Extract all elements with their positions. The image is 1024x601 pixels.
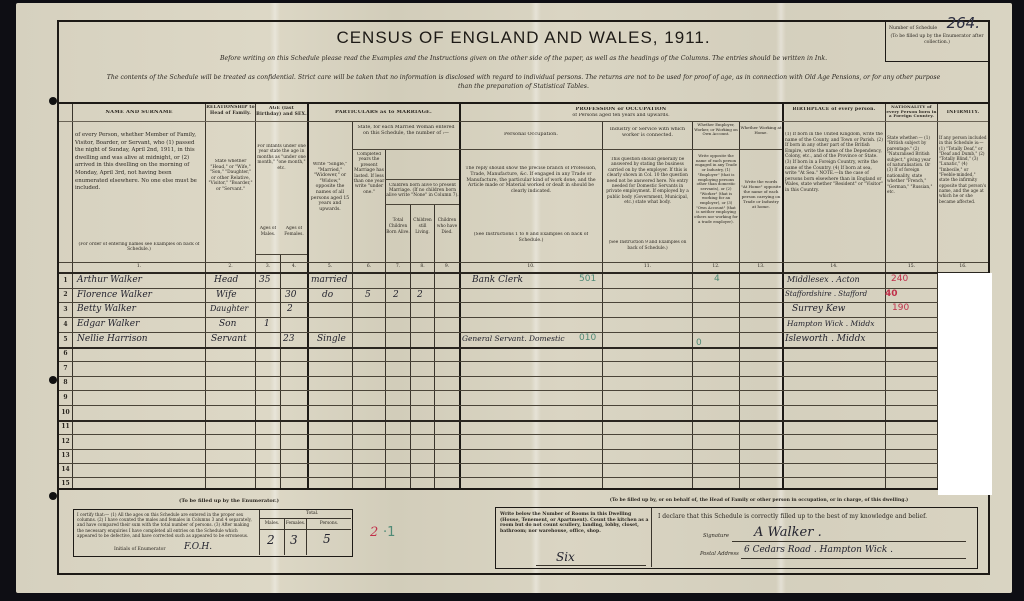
col-relationship-instructions: State whether "Head," or "Wife," "Son," … <box>207 159 254 193</box>
col-age-heading: AGE (last Birthday) and SEX. <box>256 106 307 118</box>
row-number: 15 <box>59 480 72 487</box>
row-number: 9 <box>59 394 72 401</box>
entry-relationship[interactable]: Wife <box>216 290 237 300</box>
head-of-family-box: Write below the Number of Rooms in this … <box>495 507 978 569</box>
entry-employer-code: 0 <box>696 338 702 348</box>
col-infirmity-instructions: If any person included in this Schedule … <box>939 135 987 204</box>
row-number: 2 <box>59 291 72 298</box>
postal-address-label: Postal Address <box>700 551 739 557</box>
number-of-rooms[interactable]: Six <box>556 550 575 564</box>
entry-occupation[interactable]: General Servant. Domestic <box>462 334 565 343</box>
row-number: 10 <box>59 409 72 416</box>
col-infirmity-heading: INFIRMITY. <box>938 110 988 116</box>
entry-age-female[interactable]: 23 <box>283 334 294 344</box>
total-males[interactable]: 2 <box>267 533 275 547</box>
enumerator-certification: I certify that:— (1) All the ages on thi… <box>77 512 255 538</box>
total-persons[interactable]: 5 <box>323 532 331 546</box>
rooms-instruction: Write below the Number of Rooms in this … <box>500 512 650 534</box>
col-relationship-heading: RELATIONSHIP to Head of Family. <box>206 105 255 117</box>
total-label: Total. <box>306 511 318 516</box>
enumerator-heading: (To be filled up by the Enumerator.) <box>99 498 359 504</box>
entry-occupation-code: 010 <box>579 333 596 343</box>
col-birthplace-instructions: (1) If born in the United Kingdom, write… <box>785 132 883 194</box>
schedule-number-box: Number of Schedule (To be filled up by t… <box>885 22 988 62</box>
row-number: 12 <box>59 438 72 445</box>
signature[interactable]: A Walker . <box>754 525 822 540</box>
col-nationality-instructions: State whether:— (1) "British subject by … <box>887 135 936 194</box>
col-personal-occupation-instructions: The reply should show the precise branch… <box>462 166 600 195</box>
col-home-instructions: Write the words "At Home" opposite the n… <box>741 179 781 209</box>
row-number: 8 <box>59 379 72 386</box>
entry-birthplace-code: 240 <box>891 274 908 284</box>
enumerator-annotation-green: ·1 <box>383 525 395 540</box>
enumerator-initials[interactable]: F.O.H. <box>184 542 212 552</box>
entry-age-male[interactable]: 35 <box>259 275 270 285</box>
signature-label: Signature <box>703 533 729 539</box>
schedule-number[interactable]: 264. <box>947 20 980 26</box>
row-number: 11 <box>59 423 72 430</box>
enumerator-annotation-red: 2 <box>370 525 378 540</box>
census-table: NAME AND SURNAME of every Person, whethe… <box>59 102 988 490</box>
entry-relationship[interactable]: Daughter <box>210 304 248 313</box>
head-of-family-heading: (To be filled up by, or on behalf of, th… <box>529 498 989 503</box>
col-children-total: Total Children Born Alive. <box>386 217 410 234</box>
col-industry-instructions: This question should generally be answer… <box>605 157 690 206</box>
col-employer-instructions: Write opposite the name of each person e… <box>694 154 738 225</box>
row-number: 6 <box>59 350 72 357</box>
total-females[interactable]: 3 <box>290 533 298 547</box>
females-label: Females. <box>285 521 306 526</box>
col-married-woman-heading: State, for each Married Woman entered on… <box>355 125 457 137</box>
col-name-note: (For order of entering names see Example… <box>75 242 203 252</box>
schedule-frame: CENSUS OF ENGLAND AND WALES, 1911. Befor… <box>57 20 990 575</box>
col-children-heading: Children born alive to present Marriage.… <box>386 183 459 199</box>
entry-name[interactable]: Arthur Walker <box>77 275 142 285</box>
col-industry-note: (See Instruction 9 and Examples on back … <box>605 240 690 252</box>
col-age-instructions: For Infants under one year state the age… <box>257 144 306 171</box>
row-number: 7 <box>59 365 72 372</box>
entry-birthplace[interactable]: Hampton Wick . Middx <box>787 319 874 328</box>
row-number: 14 <box>59 466 72 473</box>
redacted-infirmity-column <box>938 273 992 495</box>
entry-employer-code: 4 <box>714 274 720 284</box>
col-age-females: Ages of Females. <box>281 226 307 238</box>
row-number: 5 <box>59 336 72 343</box>
entry-marriage[interactable]: married <box>311 275 347 285</box>
entry-occupation[interactable]: Bank Clerk <box>472 275 523 285</box>
entry-age-female[interactable]: 2 <box>287 304 293 314</box>
row-number: 4 <box>59 321 72 328</box>
entry-name[interactable]: Nellie Harrison <box>77 334 148 344</box>
col-marriage-instructions: Write "Single," "Married," "Widower," or… <box>310 162 350 212</box>
col-age-males: Ages of Males. <box>256 226 280 238</box>
entry-name[interactable]: Betty Walker <box>77 304 136 314</box>
entry-age-female[interactable]: 30 <box>285 290 296 300</box>
confidentiality-line: The contents of the Schedule will be tre… <box>59 73 988 82</box>
col-industry-heading: Industry or Service with which worker is… <box>603 127 692 139</box>
entry-years-married[interactable]: 5 <box>365 290 371 300</box>
entry-relationship[interactable]: Son <box>219 319 236 329</box>
col-employer-heading: Whether Employer, Worker, or Working on … <box>693 123 739 137</box>
enumerator-box: I certify that:— (1) All the ages on thi… <box>73 509 353 557</box>
postal-address[interactable]: 6 Cedars Road . Hampton Wick . <box>744 545 893 555</box>
row-number: 3 <box>59 306 72 313</box>
entry-name[interactable]: Edgar Walker <box>77 319 139 329</box>
col-nationality-heading: NATIONALITY of every Person born in a Fo… <box>886 105 937 119</box>
punch-hole-icon <box>49 97 57 105</box>
declaration: I declare that this Schedule is correctl… <box>658 513 973 520</box>
enumerator-initials-label: Initials of Enumerator <box>114 547 166 552</box>
col-occupation-group-heading: PROFESSION or OCCUPATION <box>460 107 782 113</box>
col-years-married: Completed years the present Marriage has… <box>353 152 385 195</box>
entry-relationship[interactable]: Head <box>214 275 238 285</box>
punch-hole-icon <box>49 492 57 500</box>
col-name-heading: NAME AND SURNAME <box>73 110 205 116</box>
col-children-died: Children who have Died. <box>435 217 459 234</box>
entry-marriage[interactable]: Single <box>317 334 346 344</box>
entry-birthplace[interactable]: Isleworth . Middx <box>785 334 866 344</box>
entry-birthplace[interactable]: Staffordshire . Stafford <box>785 290 867 298</box>
page-title: CENSUS OF ENGLAND AND WALES, 1911. <box>59 28 988 48</box>
row-number: 13 <box>59 452 72 459</box>
col-occupation-group-sub: of Persons aged ten years and upwards. <box>460 113 782 119</box>
persons-label: Persons. <box>307 521 351 526</box>
col-birthplace-heading: BIRTHPLACE of every person. <box>783 107 885 113</box>
col-personal-occupation-heading: Personal Occupation. <box>460 132 602 138</box>
entry-occupation-code: 501 <box>579 274 596 284</box>
entry-name[interactable]: Florence Walker <box>77 290 152 300</box>
entry-age-male[interactable]: 1 <box>264 319 270 329</box>
entry-children-total[interactable]: 2 <box>393 290 399 300</box>
entry-birthplace-code: 40 <box>885 289 898 299</box>
entry-birthplace[interactable]: Surrey Kew <box>792 304 845 314</box>
confidentiality-line-2: than the preparation of Statistical Tabl… <box>59 82 988 91</box>
col-children-living: Children still Living. <box>411 217 434 234</box>
schedule-number-note: (To be filled up by the Enumerator after… <box>889 34 985 46</box>
row-number: 1 <box>59 277 72 284</box>
col-home-heading: Whether Working at Home. <box>740 126 782 136</box>
col-marriage-heading: PARTICULARS as to MARRIAGE. <box>308 110 459 116</box>
instruction-line: Before writing on this Schedule please r… <box>59 54 988 63</box>
entry-relationship[interactable]: Servant <box>211 334 247 344</box>
punch-hole-icon <box>49 376 57 384</box>
entry-birthplace-code: 190 <box>892 303 909 313</box>
males-label: Males. <box>260 521 284 526</box>
col-name-instructions: of every Person, whether Member of Famil… <box>75 132 203 193</box>
entry-birthplace[interactable]: Middlesex . Acton <box>787 275 860 284</box>
col-personal-occupation-note: (See Instructions 1 to 8 and Examples on… <box>462 232 600 244</box>
entry-marriage[interactable]: do <box>322 290 333 300</box>
entry-children-living[interactable]: 2 <box>417 290 423 300</box>
